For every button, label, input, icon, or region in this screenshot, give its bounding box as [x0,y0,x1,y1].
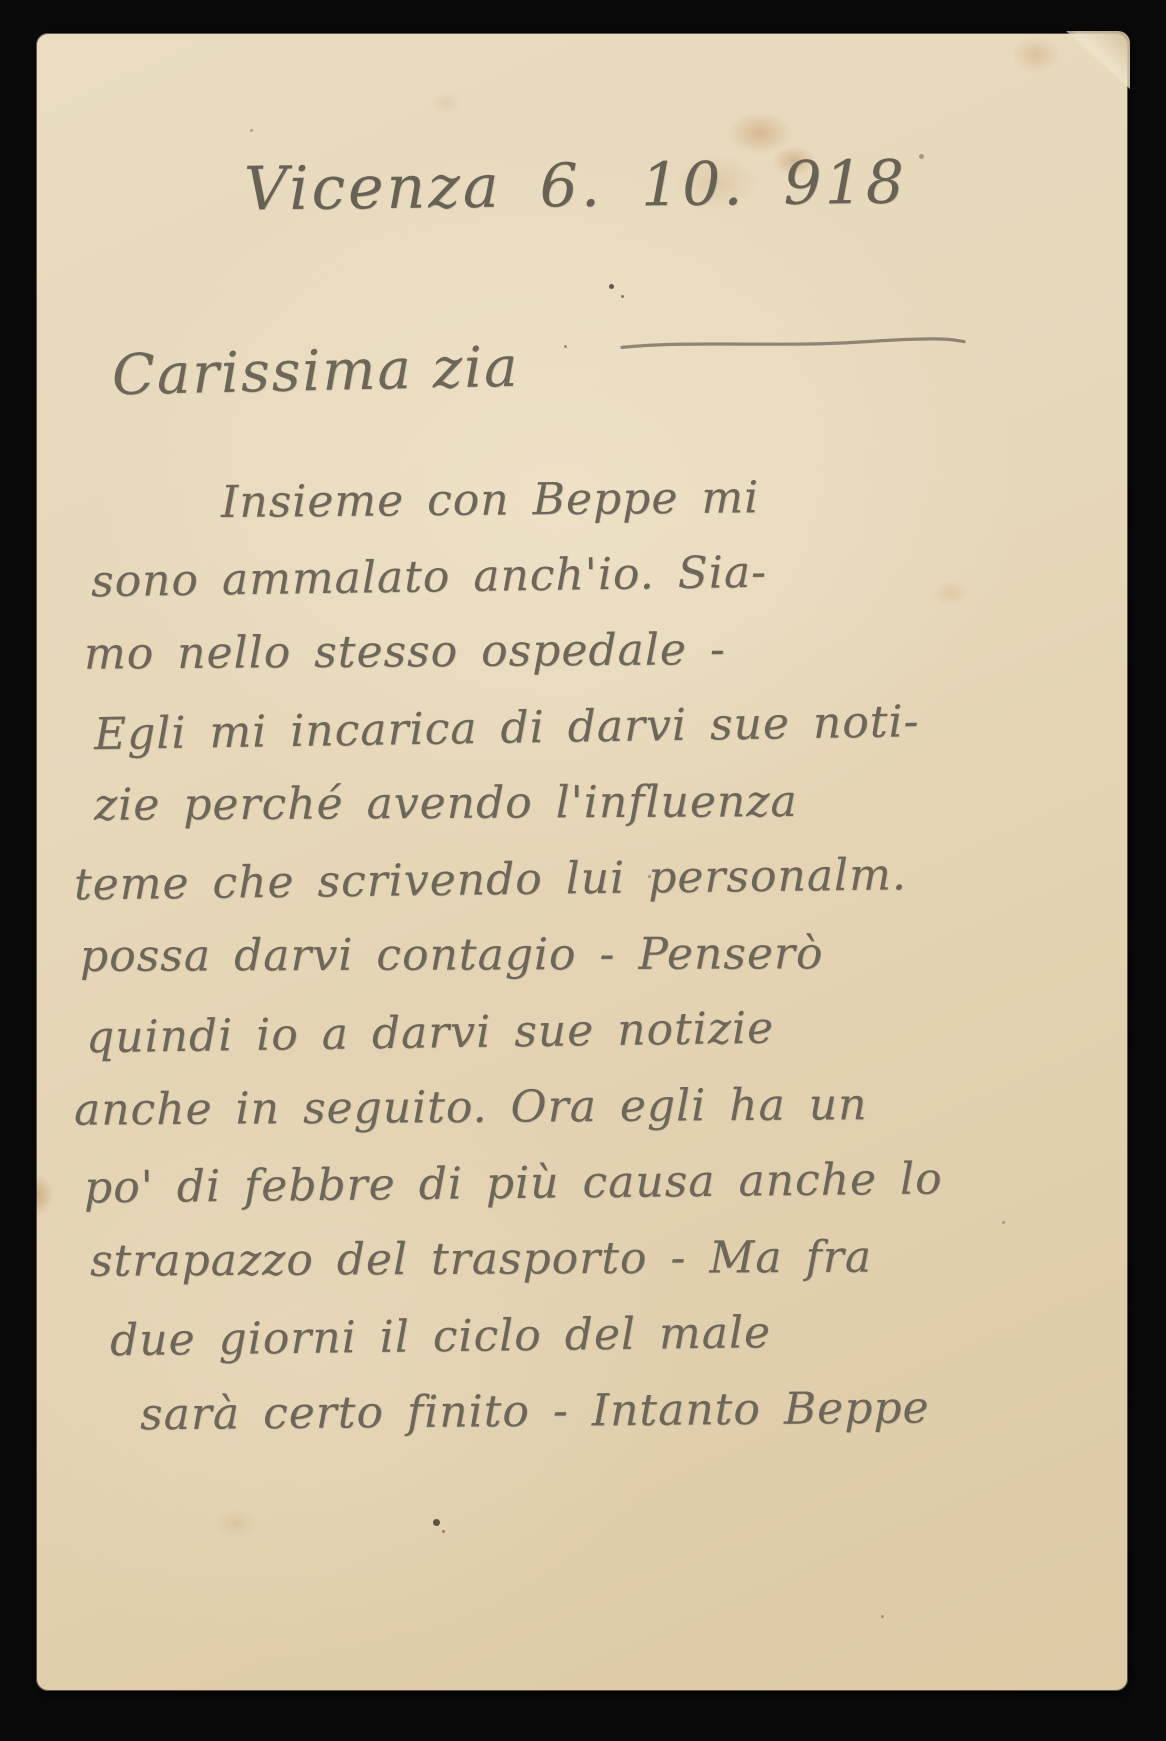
letter-line: teme che scrivendo lui personalm. [74,835,1129,924]
letter-line: due giorni il ciclo del male [110,1291,1129,1379]
salutation-handwriting: Carissima zia [111,335,520,409]
letter-line: Insieme con Beppe mi [221,457,1129,541]
letter-line: possa darvi contagio - Penserò [80,915,1128,995]
letter-line: anche in seguito. Ora egli ha un [74,1065,1129,1148]
dateline-handwriting: Vicenza 6. 10. 918 [244,148,908,225]
paper-specks [36,33,39,36]
letter-line: po' di febbre di più causa anche lo [84,1140,1129,1227]
letter-line: zie perché avendo l'influenza [94,762,1128,843]
letter-line: Egli mi incarica di darvi sue noti- [93,681,1128,773]
letter-body: Insieme con Beppe mi sono ammalato anch'… [36,461,1128,1449]
scanned-postcard-photo: Vicenza 6. 10. 918 Carissima zia Insieme… [0,0,1166,1741]
date-underline-stroke [618,335,968,354]
letter-line: strapazzo del trasporto - Ma fra [90,1218,1128,1299]
letter-line: sarà certo finito - Intanto Beppe [140,1369,1129,1454]
letter-line: sono ammalato anch'io. Sia- [91,530,1129,620]
letter-line: quindi io a darvi sue notizie [86,986,1129,1077]
letter-line: mo nello stesso ospedale - [84,609,1129,692]
corner-crease [1066,31,1130,89]
postcard-paper: Vicenza 6. 10. 918 Carissima zia Insieme… [36,33,1128,1691]
